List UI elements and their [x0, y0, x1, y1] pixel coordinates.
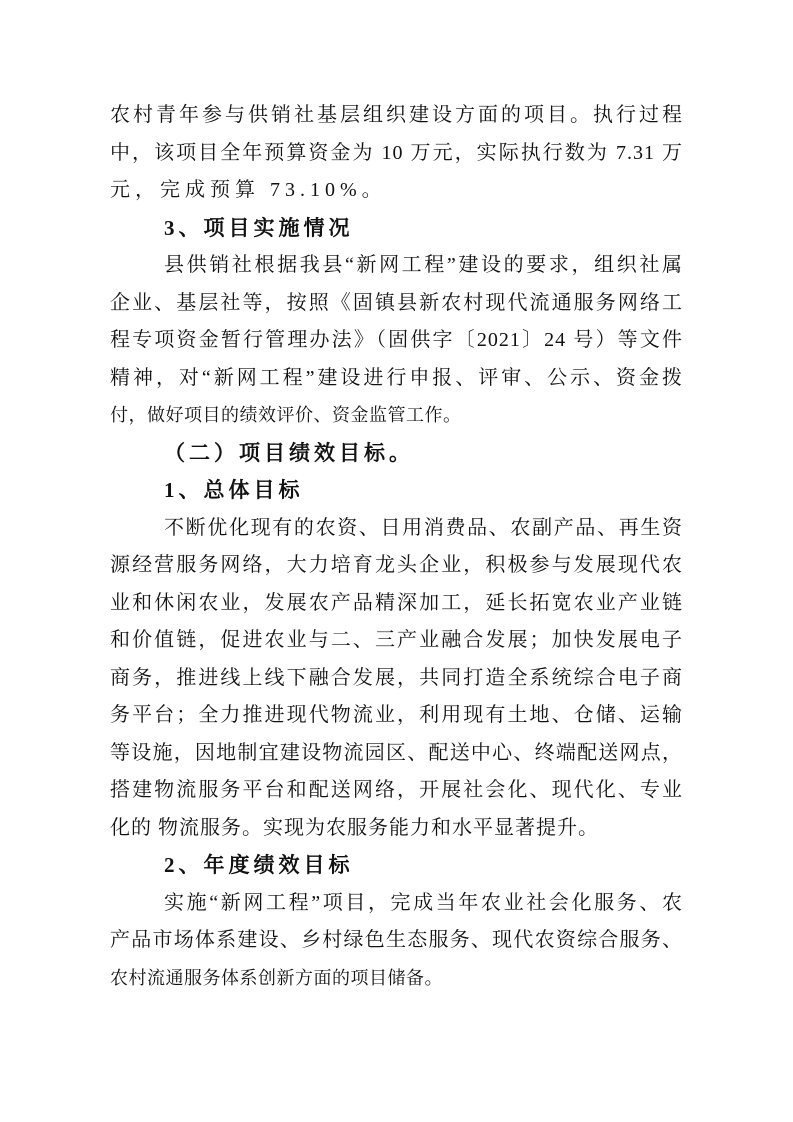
paragraph-line: 中，该项目全年预算资金为 10 万元，实际执行数为 7.31 万	[110, 135, 683, 173]
paragraph-line: 务平台；全力推进现代物流业，利用现有土地、仓储、运输	[110, 697, 683, 735]
paragraph-line: 元，完成预算 73.10%。	[110, 172, 683, 210]
para-overall-goal: 不断优化现有的农资、日用消费品、农副产品、再生资源经营服务网络，大力培育龙头企业…	[110, 510, 683, 848]
paragraph-line: 产品市场体系建设、乡村绿色生态服务、现代农资综合服务、	[110, 922, 683, 960]
paragraph-line: 搭建物流服务平台和配送网络，开展社会化、现代化、专业	[110, 772, 683, 810]
heading-overall-goal: 1、总体目标	[110, 472, 683, 510]
paragraph-line: 付，做好项目的绩效评价、资金监管工作。	[110, 397, 683, 435]
paragraph-line: 源经营服务网络，大力培育龙头企业，积极参与发展现代农	[110, 547, 683, 585]
paragraph-line: 精神，对“新网工程”建设进行申报、评审、公示、资金拨	[110, 360, 683, 398]
paragraph-line: 化的 物流服务。实现为农服务能力和水平显著提升。	[110, 810, 683, 848]
paragraph-line: 实施“新网工程”项目，完成当年农业社会化服务、农	[110, 885, 683, 923]
heading-annual-performance-goal: 2、年度绩效目标	[110, 847, 683, 885]
heading-performance-goals: （二）项目绩效目标。	[110, 435, 683, 473]
document-text-block: 农村青年参与供销社基层组织建设方面的项目。执行过程中，该项目全年预算资金为 10…	[110, 97, 683, 997]
heading-project-implementation: 3、项目实施情况	[110, 210, 683, 248]
heading-line: 2、年度绩效目标	[110, 847, 683, 885]
paragraph-line: 程专项资金暂行管理办法》（固供字〔2021〕24 号）等文件	[110, 322, 683, 360]
paragraph-line: 业和休闲农业，发展农产品精深加工，延长拓宽农业产业链	[110, 585, 683, 623]
paragraph-line: 农村流通服务体系创新方面的项目储备。	[110, 960, 683, 998]
paragraph-line: 不断优化现有的农资、日用消费品、农副产品、再生资	[110, 510, 683, 548]
document-page: 农村青年参与供销社基层组织建设方面的项目。执行过程中，该项目全年预算资金为 10…	[0, 0, 793, 1122]
heading-line: 1、总体目标	[110, 472, 683, 510]
paragraph-line: 商务，推进线上线下融合发展，共同打造全系统综合电子商	[110, 660, 683, 698]
para-budget-execution: 农村青年参与供销社基层组织建设方面的项目。执行过程中，该项目全年预算资金为 10…	[110, 97, 683, 210]
paragraph-line: 和价值链，促进农业与二、三产业融合发展；加快发展电子	[110, 622, 683, 660]
paragraph-line: 等设施，因地制宜建设物流园区、配送中心、终端配送网点，	[110, 735, 683, 773]
paragraph-line: 企业、基层社等，按照《固镇县新农村现代流通服务网络工	[110, 285, 683, 323]
heading-line: （二）项目绩效目标。	[110, 435, 683, 473]
paragraph-line: 农村青年参与供销社基层组织建设方面的项目。执行过程	[110, 97, 683, 135]
paragraph-line: 县供销社根据我县“新网工程”建设的要求，组织社属	[110, 247, 683, 285]
para-annual-goal: 实施“新网工程”项目，完成当年农业社会化服务、农产品市场体系建设、乡村绿色生态服…	[110, 885, 683, 998]
heading-line: 3、项目实施情况	[110, 210, 683, 248]
para-implementation-detail: 县供销社根据我县“新网工程”建设的要求，组织社属企业、基层社等，按照《固镇县新农…	[110, 247, 683, 435]
